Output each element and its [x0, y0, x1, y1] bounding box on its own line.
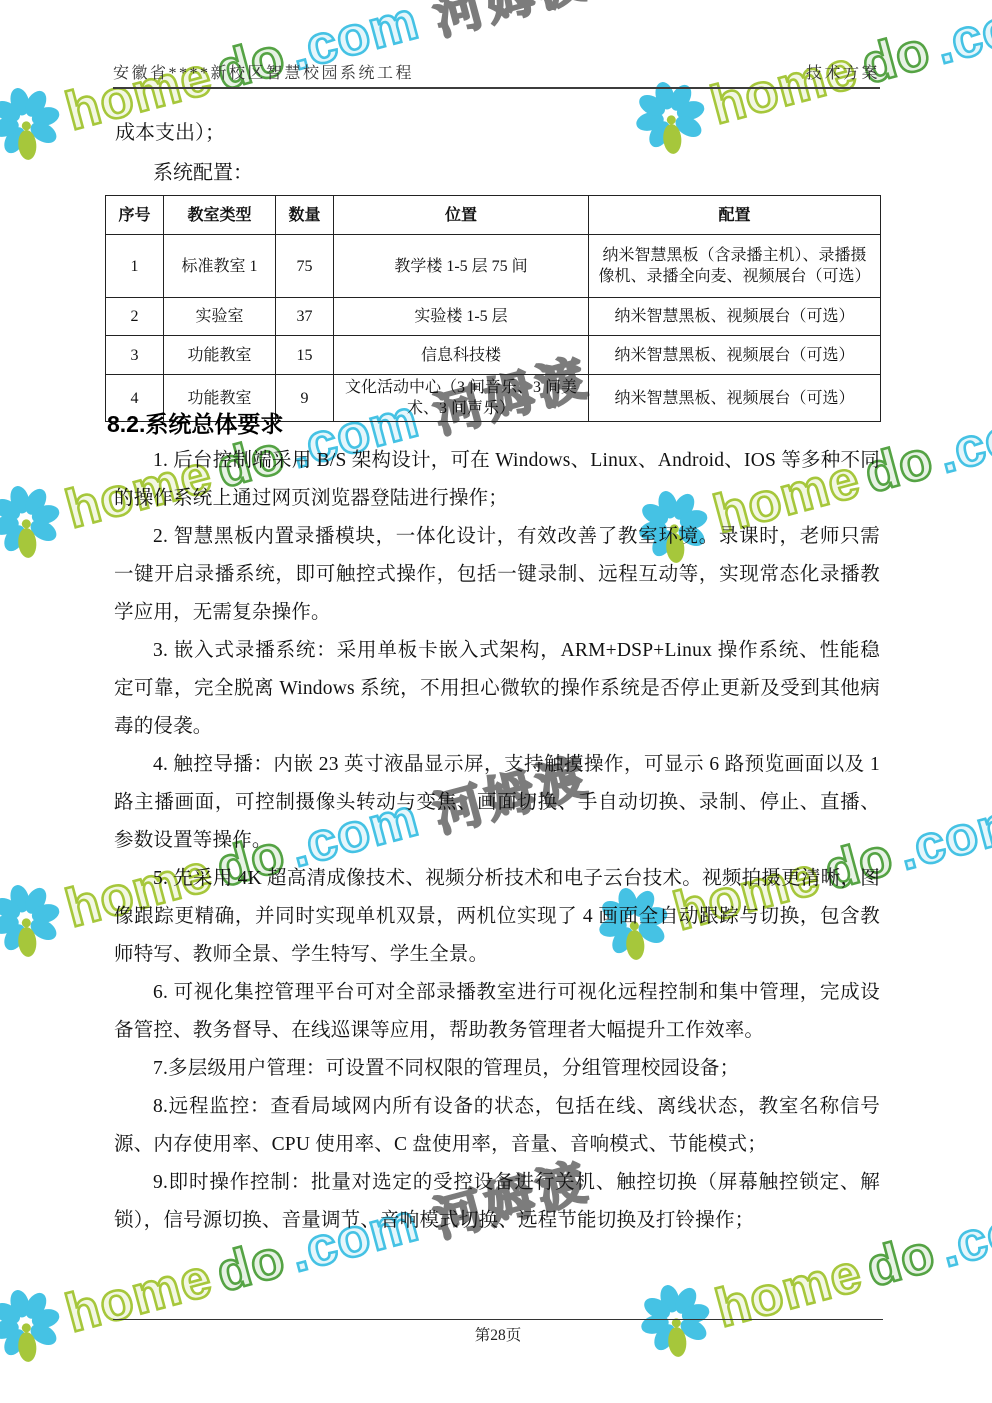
cell-quantity: 75 — [276, 235, 334, 298]
cell-location: 实验楼 1-5 层 — [334, 298, 589, 336]
cell-configuration: 纳米智慧黑板、视频展台（可选） — [589, 298, 881, 336]
flower-logo-icon — [0, 79, 69, 169]
cell-configuration: 纳米智慧黑板、视频展台（可选） — [589, 336, 881, 375]
paragraph: 9.即时操作控制：批量对选定的受控设备进行关机、触控切换（屏幕触控锁定、解锁），… — [114, 1164, 880, 1240]
header-right-title: 技术方案 — [806, 60, 880, 83]
cell-configuration: 纳米智慧黑板（含录播主机）、录播摄像机、录播全向麦、视频展台（可选） — [589, 235, 881, 298]
system-config-label: 系统配置： — [153, 156, 253, 185]
cell-quantity: 37 — [276, 298, 334, 336]
page-footer: 第28页 — [113, 1319, 883, 1345]
flower-logo-icon — [0, 477, 69, 567]
watermark-text: .com — [891, 789, 992, 883]
classroom-config-table: 序号 教室类型 数量 位置 配置 1 标准教室 1 75 教学楼 1-5 层 7… — [105, 195, 881, 422]
header-left-title: 安徽省****新校区智慧校园系统工程 — [113, 60, 414, 83]
cell-index: 1 — [106, 235, 164, 298]
page-number: 第28页 — [475, 1327, 522, 1344]
watermark-text: .com — [933, 1186, 992, 1280]
watermark-text: 河姆渡 — [426, 0, 597, 48]
cell-room-type: 实验室 — [164, 298, 276, 336]
col-header-room-type: 教室类型 — [164, 196, 276, 235]
table-row: 2 实验室 37 实验楼 1-5 层 纳米智慧黑板、视频展台（可选） — [106, 298, 881, 336]
col-header-location: 位置 — [334, 196, 589, 235]
cell-location: 文化活动中心（3 间音乐、3 间美术、3 间声乐） — [334, 375, 589, 422]
cell-location: 教学楼 1-5 层 75 间 — [334, 235, 589, 298]
paragraph: 6. 可视化集控管理平台可对全部录播教室进行可视化远程控制和集中管理，完成设备管… — [114, 974, 880, 1050]
table-row: 1 标准教室 1 75 教学楼 1-5 层 75 间 纳米智慧黑板（含录播主机）… — [106, 235, 881, 298]
paragraph: 5. 先采用 4K 超高清成像技术、视频分析技术和电子云台技术。视频拍摄更清晰，… — [114, 860, 880, 974]
cell-room-type: 标准教室 1 — [164, 235, 276, 298]
table-row: 3 功能教室 15 信息科技楼 纳米智慧黑板、视频展台（可选） — [106, 336, 881, 375]
paragraph: 2. 智慧黑板内置录播模块，一体化设计，有效改善了教室环境。录课时，老师只需一键… — [114, 518, 880, 632]
cell-configuration: 纳米智慧黑板、视频展台（可选） — [589, 375, 881, 422]
col-header-quantity: 数量 — [276, 196, 334, 235]
paragraph: 1. 后台控制端采用 B/S 架构设计，可在 Windows、Linux、And… — [114, 442, 880, 518]
flower-logo-icon — [0, 1281, 69, 1371]
cell-room-type: 功能教室 — [164, 336, 276, 375]
paragraph: 4. 触控导播：内嵌 23 英寸液晶显示屏，支持触摸操作，可显示 6 路预览画面… — [114, 746, 880, 860]
col-header-configuration: 配置 — [589, 196, 881, 235]
cell-quantity: 9 — [276, 375, 334, 422]
cell-index: 2 — [106, 298, 164, 336]
watermark-text: .com — [928, 0, 992, 77]
table-header-row: 序号 教室类型 数量 位置 配置 — [106, 196, 881, 235]
flower-logo-icon — [0, 876, 69, 966]
section-heading: 8.2.系统总体要求 — [107, 406, 283, 439]
document-page: homedo.com河姆渡 homedo.com河姆渡 homedo.com河姆… — [0, 0, 992, 1403]
col-header-index: 序号 — [106, 196, 164, 235]
cell-location: 信息科技楼 — [334, 336, 589, 375]
paragraph: 7.多层级用户管理：可设置不同权限的管理员，分组管理校园设备； — [114, 1050, 880, 1088]
cell-quantity: 15 — [276, 336, 334, 375]
page-header: 安徽省****新校区智慧校园系统工程 技术方案 — [113, 60, 880, 89]
section-body: 1. 后台控制端采用 B/S 架构设计，可在 Windows、Linux、And… — [114, 442, 880, 1240]
watermark-text: .com — [931, 392, 992, 486]
body-text-carryover: 成本支出）； — [115, 116, 225, 145]
paragraph: 3. 嵌入式录播系统：采用单板卡嵌入式架构，ARM+DSP+Linux 操作系统… — [114, 632, 880, 746]
cell-index: 3 — [106, 336, 164, 375]
paragraph: 8.远程监控：查看局域网内所有设备的状态，包括在线、离线状态，教室名称信号源、内… — [114, 1088, 880, 1164]
